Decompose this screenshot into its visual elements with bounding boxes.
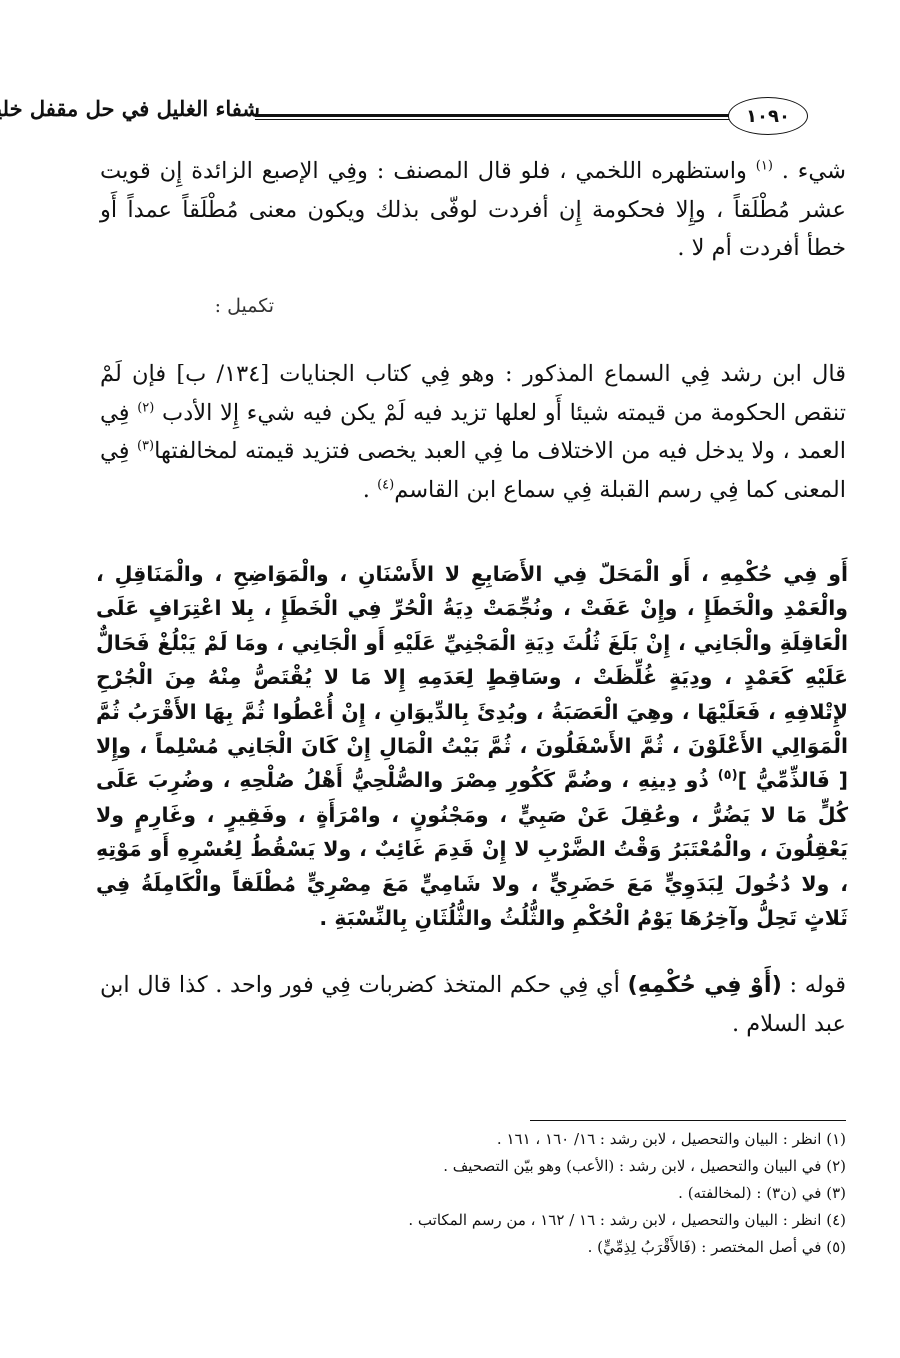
section-heading-takmil: تكميل : <box>215 295 274 317</box>
footnote-ref-4: (٤) <box>377 477 394 492</box>
p3-quoted-matn: (أَوْ فِي حُكْمِهِ) <box>627 972 781 998</box>
matn-text-block: أَو فِي حُكْمِهِ ، أَو الْمَحَلّ فِي الأ… <box>96 557 848 935</box>
footnote-ref-2: (٢) <box>137 400 154 415</box>
running-title: شفاء الغليل في حل مقفل خليل <box>60 96 260 121</box>
p3-lead: قوله : <box>782 972 846 998</box>
page-header: شفاء الغليل في حل مقفل خليل ١٠٩٠ <box>60 92 850 144</box>
paragraph-1: شيء . (١) واستظهره اللخمي ، فلو قال المص… <box>100 152 846 268</box>
footnote-ref-3: (٣) <box>137 439 154 454</box>
paragraph-2: قال ابن رشد فِي السماع المذكور : وهو فِي… <box>100 355 846 509</box>
matn-seg2: ذُو دِينِهِ ، وضُمَّ كَكُورِ مِصْرَ والص… <box>96 768 848 930</box>
footnote-2: (٢) في البيان والتحصيل ، لابن رشد : (الأ… <box>300 1153 846 1180</box>
footnote-5: (٥) في أصل المختصر : (فَالأَقْرَبُ لِذِم… <box>300 1234 846 1261</box>
header-rule <box>255 114 730 120</box>
footnote-separator <box>530 1120 846 1121</box>
p2-seg1: قال ابن رشد فِي السماع المذكور : وهو فِي… <box>100 361 846 426</box>
book-page: شفاء الغليل في حل مقفل خليل ١٠٩٠ شيء . (… <box>0 0 900 1358</box>
page-number-oval: ١٠٩٠ <box>728 97 808 135</box>
footnote-3: (٣) في (ن٣) : (لمخالفته) . <box>300 1180 846 1207</box>
p1-text-rest: واستظهره اللخمي ، فلو قال المصنف : وفِي … <box>100 158 846 261</box>
footnote-1: (١) انظر : البيان والتحصيل ، لابن رشد : … <box>300 1126 846 1153</box>
matn-seg1: أَو فِي حُكْمِهِ ، أَو الْمَحَلّ فِي الأ… <box>96 562 848 792</box>
p1-text-start: شيء . <box>773 158 846 184</box>
footnotes: (١) انظر : البيان والتحصيل ، لابن رشد : … <box>300 1126 846 1261</box>
footnote-ref-1: (١) <box>756 159 773 174</box>
p2-seg4: . <box>363 477 377 503</box>
paragraph-3: قوله : (أَوْ فِي حُكْمِهِ) أي فِي حكم ال… <box>100 966 846 1043</box>
footnote-ref-5: (٥) <box>718 769 738 784</box>
footnote-4: (٤) انظر : البيان والتحصيل ، لابن رشد : … <box>300 1207 846 1234</box>
